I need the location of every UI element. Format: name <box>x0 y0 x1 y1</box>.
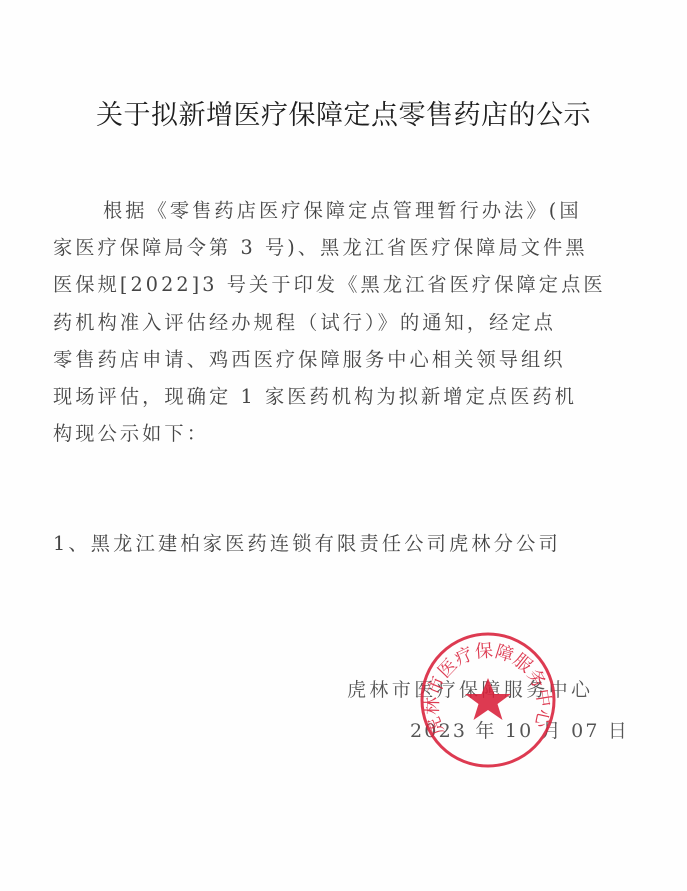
body-line: 根据《零售药店医疗保障定点管理暂行办法》(国 <box>53 192 611 229</box>
document-title: 关于拟新增医疗保障定点零售药店的公示 <box>0 93 687 132</box>
list-item: 1、黑龙江建柏家医药连锁有限责任公司虎林分公司 <box>53 529 561 556</box>
body-line: 现场评估，现确定 1 家医药机构为拟新增定点医药机 <box>53 378 611 415</box>
signature-organization: 虎林市医疗保障服务中心 <box>347 675 593 702</box>
body-line: 构现公示如下： <box>53 415 611 452</box>
body-line: 药机构准入评估经办规程（试行）》的通知，经定点 <box>53 304 611 341</box>
signature-date: 2023 年 10 月 07 日 <box>410 716 629 743</box>
list-item-number: 1、 <box>53 532 91 555</box>
notice-body: 根据《零售药店医疗保障定点管理暂行办法》(国 家医疗保障局令第 3 号)、黑龙江… <box>53 192 611 452</box>
body-line: 家医疗保障局令第 3 号)、黑龙江省医疗保障局文件黑 <box>53 229 611 266</box>
body-line: 医保规[2022]3 号关于印发《黑龙江省医疗保障定点医 <box>53 266 611 303</box>
list-item-name: 黑龙江建柏家医药连锁有限责任公司虎林分公司 <box>91 532 561 555</box>
body-line: 零售药店申请、鸡西医疗保障服务中心相关领导组织 <box>53 341 611 378</box>
